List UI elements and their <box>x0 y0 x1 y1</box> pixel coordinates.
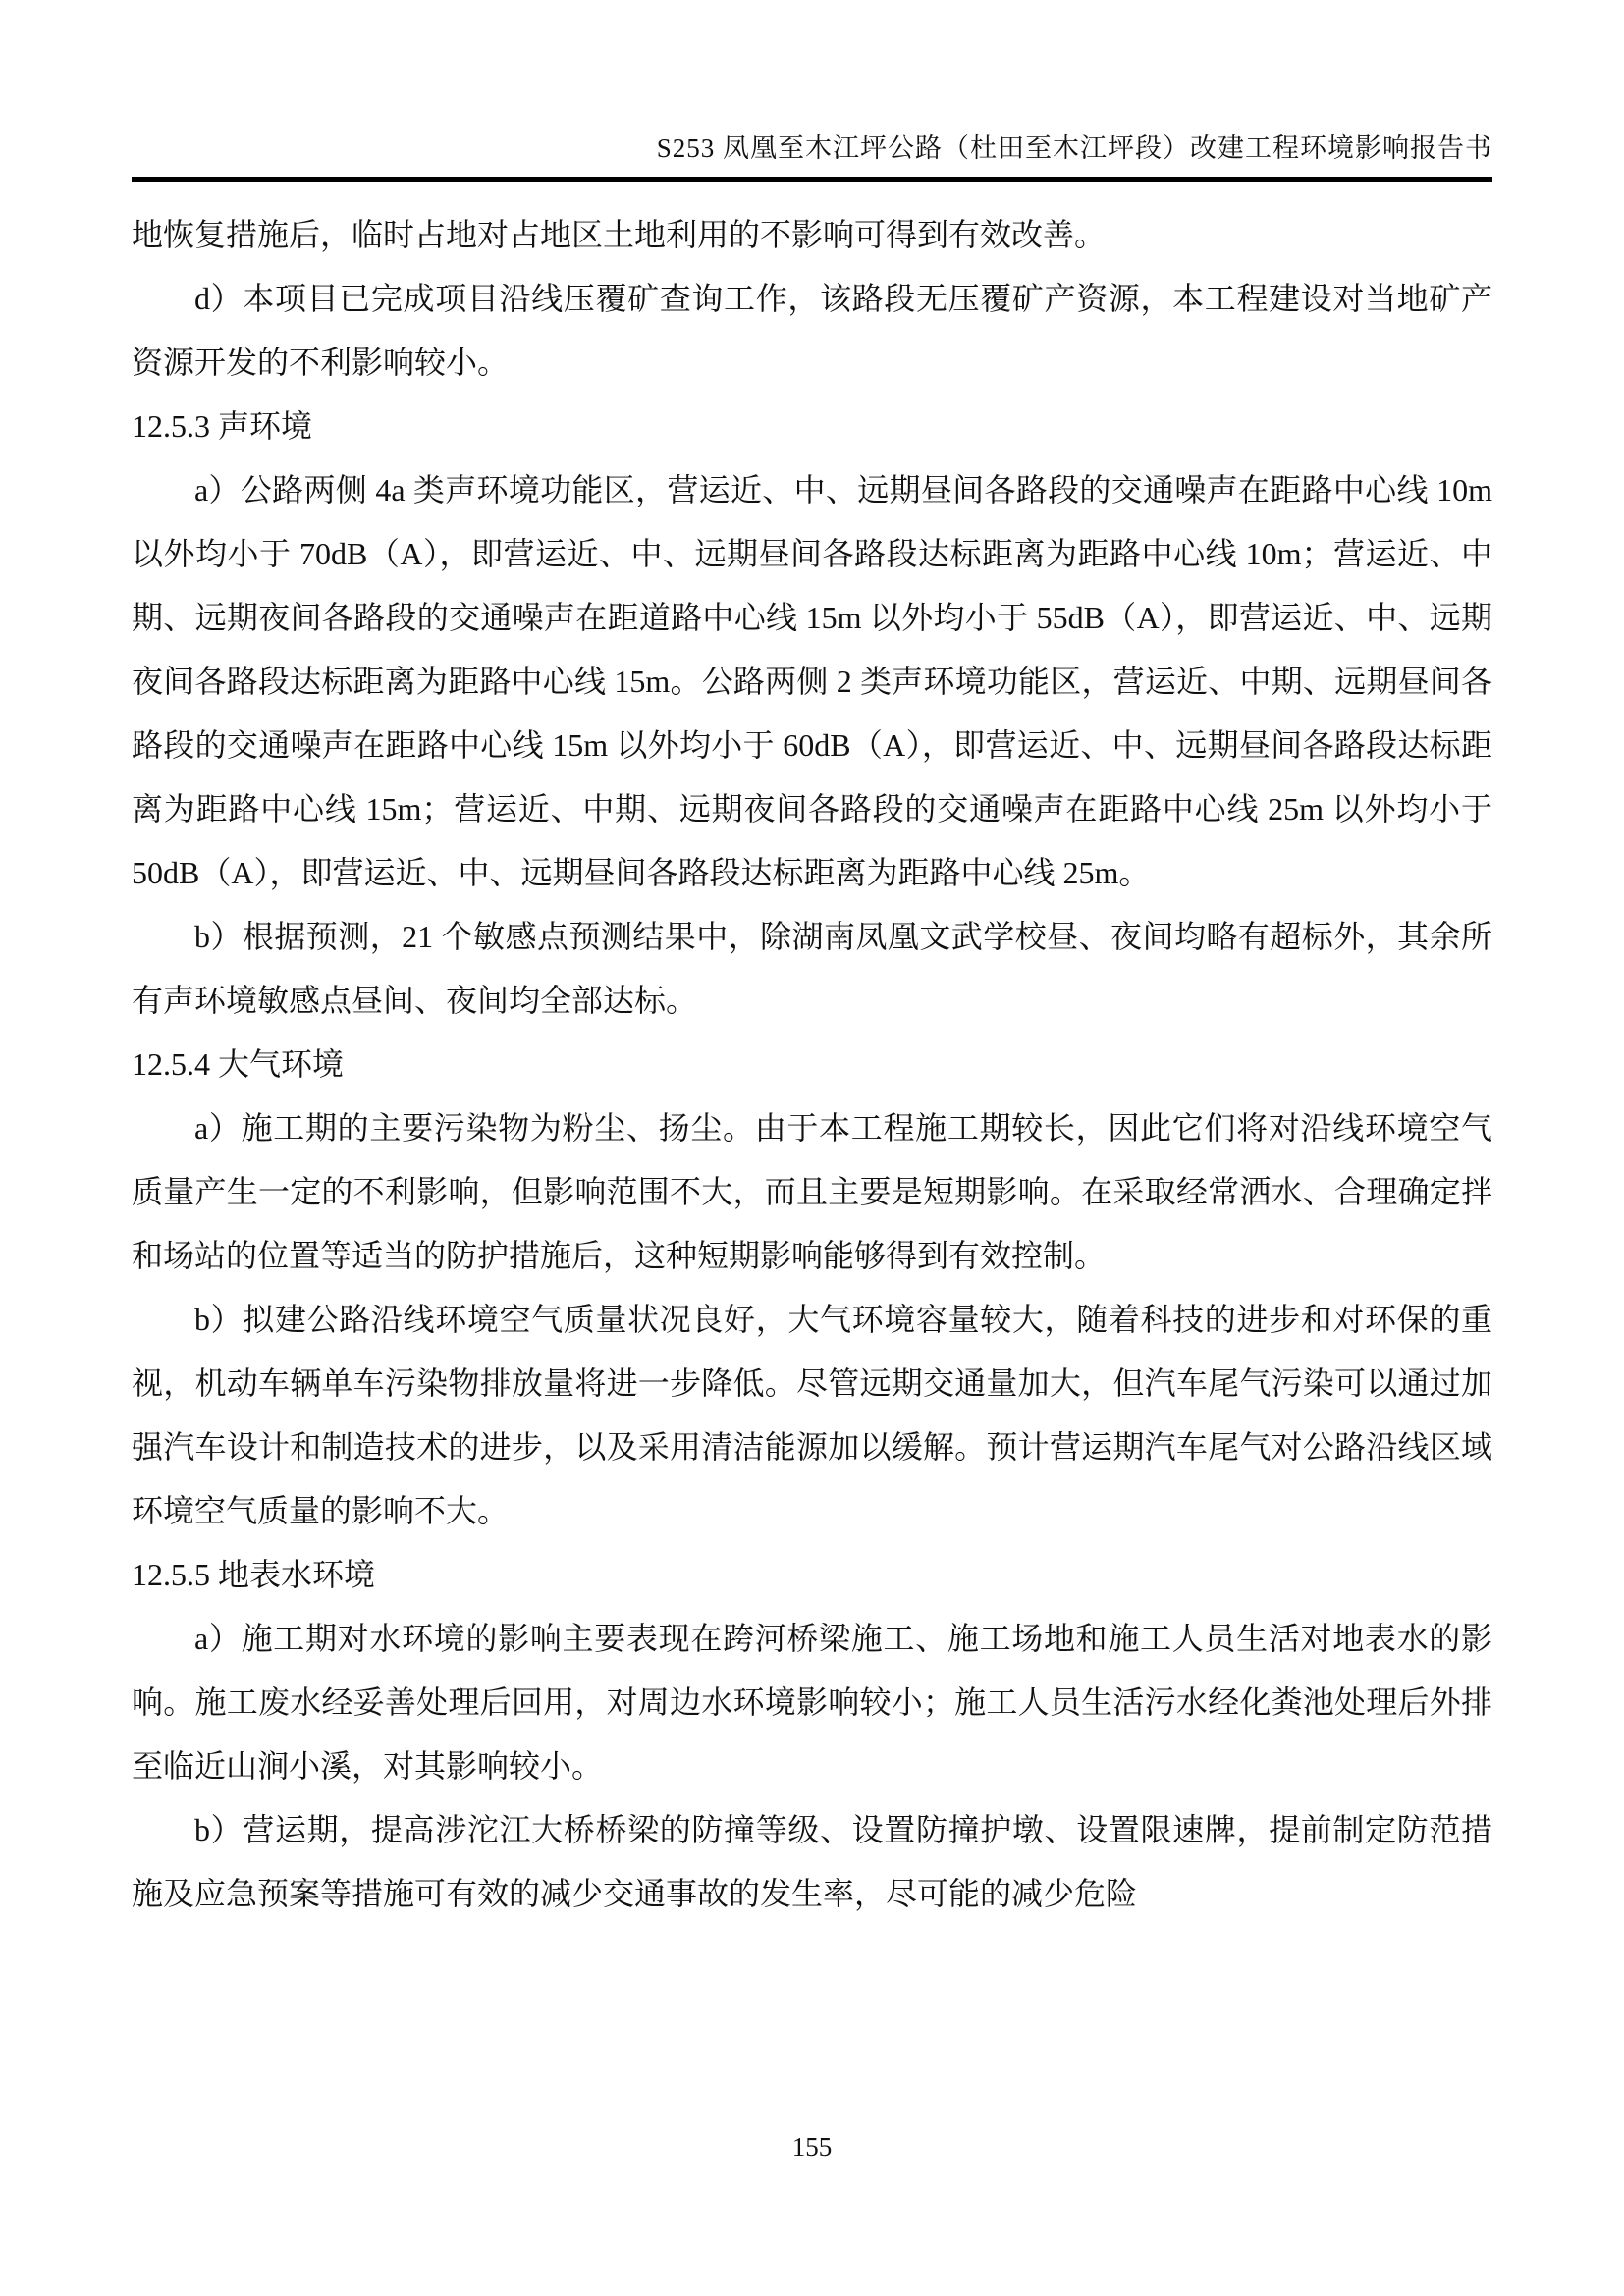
header-title: S253 凤凰至木江坪公路（杜田至木江坪段）改建工程环境影响报告书 <box>132 132 1492 165</box>
paragraph-b-noise-prediction: b）根据预测，21 个敏感点预测结果中，除湖南凤凰文武学校昼、夜间均略有超标外，… <box>132 905 1492 1033</box>
page-number: 155 <box>792 2132 833 2162</box>
page-content-area: S253 凤凰至木江坪公路（杜田至木江坪段）改建工程环境影响报告书 地恢复措施后… <box>0 0 1624 1926</box>
page-footer: 155 <box>0 2132 1624 2163</box>
section-heading-12-5-3-noise: 12.5.3 声环境 <box>132 395 1492 458</box>
document-body: 地恢复措施后，临时占地对占地区土地利用的不影响可得到有效改善。 d）本项目已完成… <box>132 203 1492 1926</box>
paragraph-a-traffic-noise: a）公路两侧 4a 类声环境功能区，营运近、中、远期昼间各路段的交通噪声在距路中… <box>132 458 1492 905</box>
paragraph-b-air-operation: b）拟建公路沿线环境空气质量状况良好，大气环境容量较大，随着科技的进步和对环保的… <box>132 1288 1492 1543</box>
page-header: S253 凤凰至木江坪公路（杜田至木江坪段）改建工程环境影响报告书 <box>132 0 1492 182</box>
paragraph-b-water-operation: b）营运期，提高涉沱江大桥桥梁的防撞等级、设置防撞护墩、设置限速牌，提前制定防范… <box>132 1798 1492 1926</box>
section-heading-12-5-4-air: 12.5.4 大气环境 <box>132 1033 1492 1096</box>
paragraph-d-mineral-resources: d）本项目已完成项目沿线压覆矿查询工作，该路段无压覆矿产资源，本工程建设对当地矿… <box>132 267 1492 395</box>
document-page: S253 凤凰至木江坪公路（杜田至木江坪段）改建工程环境影响报告书 地恢复措施后… <box>0 0 1624 2296</box>
paragraph-a-water-construction: a）施工期对水环境的影响主要表现在跨河桥梁施工、施工场地和施工人员生活对地表水的… <box>132 1607 1492 1798</box>
paragraph-a-air-construction: a）施工期的主要污染物为粉尘、扬尘。由于本工程施工期较长，因此它们将对沿线环境空… <box>132 1096 1492 1288</box>
header-rule <box>132 177 1492 182</box>
section-heading-12-5-5-surface-water: 12.5.5 地表水环境 <box>132 1543 1492 1607</box>
paragraph-land-restoration-continued: 地恢复措施后，临时占地对占地区土地利用的不影响可得到有效改善。 <box>132 203 1492 267</box>
